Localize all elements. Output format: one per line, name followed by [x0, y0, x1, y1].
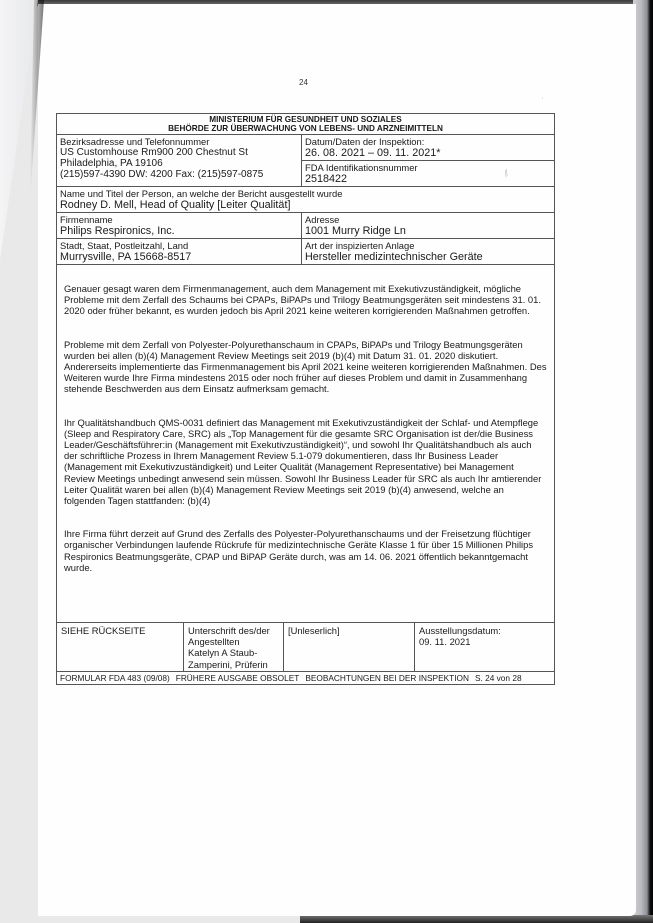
inspection-dates-cell: Datum/Daten der Inspektion: 26. 08. 2021… — [302, 135, 554, 160]
firm-name-cell: Firmenname Philips Respironics, Inc. — [57, 213, 302, 238]
issue-date-label: Ausstellungsdatum: — [419, 625, 550, 636]
dates-id-cell: Datum/Daten der Inspektion: 26. 08. 2021… — [302, 135, 554, 186]
scan-speck: ˈ — [541, 96, 544, 106]
see-reverse-text: SIEHE RÜCKSEITE — [61, 625, 145, 636]
signature-row: SIEHE RÜCKSEITE Unterschrift des/der Ang… — [57, 622, 554, 671]
observation-paragraph: Ihr Qualitätshandbuch QMS-0031 definiert… — [64, 417, 547, 507]
recipient-value: Rodney D. Mell, Head of Quality [Leiter … — [60, 199, 551, 211]
establishment-value: Hersteller medizintechnischer Geräte — [305, 251, 551, 263]
page-count: S. 24 von 28 — [475, 673, 522, 683]
form-footer: FORMULAR FDA 483 (09/08) FRÜHERE AUSGABE… — [57, 671, 554, 684]
issue-date-cell: Ausstellungsdatum: 09. 11. 2021 — [415, 623, 554, 671]
firm-name-value: Philips Respironics, Inc. — [60, 225, 298, 237]
fda-483-form: MINISTERIUM FÜR GESUNDHEIT UND SOZIALES … — [56, 113, 555, 685]
recipient-cell: Name und Titel der Person, an welche der… — [57, 187, 554, 212]
district-line: Philadelphia, PA 19106 — [60, 158, 298, 169]
district-line: (215)597-4390 DW: 4200 Fax: (215)597-087… — [60, 169, 298, 180]
observation-paragraph: Probleme mit dem Zerfall von Polyester-P… — [64, 339, 547, 395]
observation-paragraph: Ihre Firma führt derzeit auf Grund des Z… — [64, 528, 547, 573]
firm-name-label: Firmenname — [60, 214, 298, 225]
district-line: US Customhouse Rm900 200 Chestnut St — [60, 147, 298, 158]
form-number: FORMULAR FDA 483 (09/08) — [60, 673, 170, 683]
fda-id-value: 2518422 — [305, 173, 551, 185]
form-header: MINISTERIUM FÜR GESUNDHEIT UND SOZIALES … — [57, 114, 554, 135]
obsolete-note: FRÜHERE AUSGABE OBSOLET — [176, 673, 300, 683]
district-label: Bezirksadresse und Telefonnummer — [60, 136, 298, 147]
city-cell: Stadt, Staat, Postleitzahl, Land Murrysv… — [57, 239, 302, 264]
city-label: Stadt, Staat, Postleitzahl, Land — [60, 240, 298, 251]
recipient-row: Name und Titel der Person, an welche der… — [57, 187, 554, 213]
recipient-label: Name und Titel der Person, an welche der… — [60, 188, 551, 199]
firm-row: Firmenname Philips Respironics, Inc. Adr… — [57, 213, 554, 239]
signature-cell: [Unleserlich] — [284, 623, 415, 671]
employee-name: Katelyn A Staub-Zamperini, Prüferin — [188, 647, 279, 669]
agency-title: BEHÖRDE ZUR ÜBERWACHUNG VON LEBENS- UND … — [57, 124, 554, 133]
ministry-title: MINISTERIUM FÜR GESUNDHEIT UND SOZIALES — [57, 115, 554, 124]
establishment-cell: Art der inspizierten Anlage Hersteller m… — [302, 239, 554, 264]
district-cell: Bezirksadresse und Telefonnummer US Cust… — [57, 135, 302, 186]
see-reverse-cell: SIEHE RÜCKSEITE — [57, 623, 184, 671]
city-value: Murrysville, PA 15668-8517 — [60, 251, 298, 263]
employee-signature-label: Unterschrift des/der Angestellten — [188, 625, 279, 647]
issue-date-value: 09. 11. 2021 — [419, 636, 550, 647]
city-row: Stadt, Staat, Postleitzahl, Land Murrysv… — [57, 239, 554, 265]
inspection-dates-label: Datum/Daten der Inspektion: — [305, 136, 551, 147]
establishment-label: Art der inspizierten Anlage — [305, 240, 551, 251]
binder-bottom-edge — [300, 915, 653, 923]
observation-paragraph: Genauer gesagt waren dem Firmenmanagemen… — [64, 283, 547, 317]
address-label: Adresse — [305, 214, 551, 225]
employee-signature-cell: Unterschrift des/der Angestellten Kately… — [184, 623, 284, 671]
fda-id-cell: FDA Identifikationsnummer 2518422 — [302, 160, 554, 186]
district-row: Bezirksadresse und Telefonnummer US Cust… — [57, 135, 554, 187]
address-value: 1001 Murry Ridge Ln — [305, 225, 551, 237]
inspection-dates-value: 26. 08. 2021 – 09. 11. 2021* — [305, 147, 551, 159]
scanned-document-scene: 24 ˈ ⁄⁄ MINISTERIUM FÜR GESUNDHEIT UND S… — [0, 0, 653, 923]
signature-value: [Unleserlich] — [288, 625, 340, 636]
form-title: BEOBACHTUNGEN BEI DER INSPEKTION — [305, 673, 469, 683]
observations-body: Genauer gesagt waren dem Firmenmanagemen… — [57, 265, 554, 622]
address-cell: Adresse 1001 Murry Ridge Ln — [302, 213, 554, 238]
page-number: 24 — [299, 78, 308, 87]
fda-id-label: FDA Identifikationsnummer — [305, 162, 551, 173]
page-stack-edge — [633, 0, 653, 923]
